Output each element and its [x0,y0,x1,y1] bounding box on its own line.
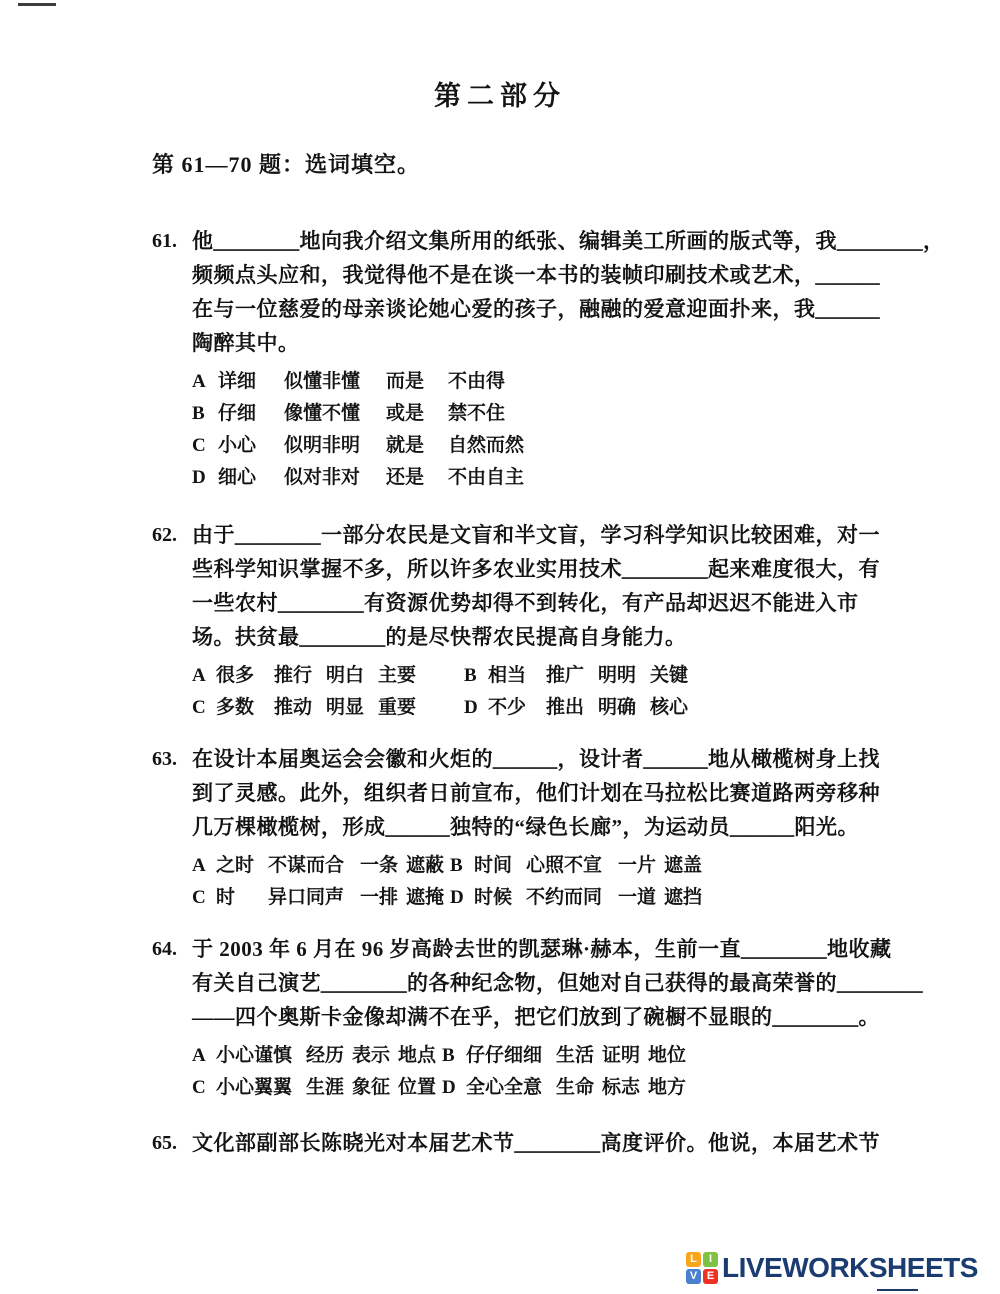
option-label: C [192,1072,216,1104]
option-item: 似对非对 [284,462,386,494]
option-item: 心照不宣 [526,850,618,882]
option-item: 生命 [556,1072,602,1104]
question-line: 几万棵橄榄树，形成＿＿＿独特的“绿色长廊”，为运动员＿＿＿阳光。 [192,810,900,844]
question-line: 场。扶贫最＿＿＿＿的是尽快帮农民提高自身能力。 [192,620,900,654]
option-group-d: D 全心全意 生命 标志 地方 [442,1072,923,1104]
option-row-cd: C 多数 推动 明显 重要 D 不少 推出 明确 核心 [192,692,900,724]
question-line: 到了灵感。此外，组织者日前宣布，他们计划在马拉松比赛道路两旁移种 [192,776,900,810]
option-item: 位置 [398,1072,442,1104]
question-line: 有关自己演艺＿＿＿＿的各种纪念物，但她对自己获得的最高荣誉的＿＿＿＿ [192,966,923,1000]
option-group-c: C 小心翼翼 生涯 象征 位置 [192,1072,442,1104]
question-line: 于 2003 年 6 月在 96 岁高龄去世的凯瑟琳·赫本，生前一直＿＿＿＿地收… [192,932,923,966]
question-line: 陶醉其中。 [192,326,945,360]
question-line: 些科学知识掌握不多，所以许多农业实用技术＿＿＿＿起来难度很大，有 [192,552,900,586]
question-62: 62. 由于＿＿＿＿一部分农民是文盲和半文盲，学习科学知识比较困难，对一 些科学… [152,518,900,724]
option-item: 细心 [218,462,284,494]
question-line: ——四个奥斯卡金像却满不在乎，把它们放到了碗橱不显眼的＿＿＿＿。 [192,1000,923,1034]
option-item: 地点 [398,1040,442,1072]
option-item: 推行 [274,660,326,692]
option-label: D [192,462,218,494]
option-item: 全心全意 [466,1072,556,1104]
option-label: C [192,882,216,914]
option-item: 遮挡 [664,882,900,914]
option-item: 自然而然 [448,430,945,462]
option-label: B [442,1040,466,1072]
option-item: 像懂不懂 [284,398,386,430]
question-line: 他＿＿＿＿地向我介绍文集所用的纸张、编辑美工所画的版式等，我＿＿＿＿， [192,224,945,258]
option-group-a: A 很多 推行 明白 主要 [192,660,464,692]
option-label: A [192,1040,216,1072]
option-group-b: B 仔仔细细 生活 证明 地位 [442,1040,923,1072]
option-row-cd: C 时 异口同声 一排 遮掩 D 时候 不约而同 一道 遮挡 [192,882,900,914]
option-item: 生涯 [306,1072,352,1104]
option-item: 象征 [352,1072,398,1104]
option-item: 仔仔细细 [466,1040,556,1072]
option-label: B [464,660,488,692]
option-group-d: D 时候 不约而同 一道 遮挡 [450,882,900,914]
page-title: 第二部分 [0,78,1000,114]
option-item: 不约而同 [526,882,618,914]
option-item: 时候 [474,882,526,914]
option-item: 关键 [650,660,900,692]
option-item: 表示 [352,1040,398,1072]
question-line: 在与一位慈爱的母亲谈论她心爱的孩子，融融的爱意迎面扑来，我＿＿＿ [192,292,945,326]
option-item: 禁不住 [448,398,945,430]
option-label: D [464,692,488,724]
logo-tile-v: V [686,1269,701,1284]
option-item: 明白 [326,660,378,692]
logo-tile-i: I [703,1252,718,1267]
liveworksheets-logo-icon: L I V E [686,1252,718,1284]
scan-artifact-line-bottom [877,1289,918,1291]
option-item: 遮掩 [406,882,450,914]
option-item: 地位 [648,1040,923,1072]
option-item: 不谋而合 [268,850,360,882]
option-item: 时间 [474,850,526,882]
option-row-ab: A 之时 不谋而合 一条 遮蔽 B 时间 心照不宣 一片 遮盖 [192,850,900,882]
option-group-a: A 之时 不谋而合 一条 遮蔽 [192,850,450,882]
option-row-cd: C 小心翼翼 生涯 象征 位置 D 全心全意 生命 标志 地方 [192,1072,923,1104]
option-item: 异口同声 [268,882,360,914]
question-number: 64. [152,932,192,1104]
option-row-b: B 仔细 像懂不懂 或是 禁不住 [192,398,945,430]
option-group-c: C 时 异口同声 一排 遮掩 [192,882,450,914]
question-number: 65. [152,1126,192,1160]
option-group-a: A 小心谨慎 经历 表示 地点 [192,1040,442,1072]
question-line: 一些农村＿＿＿＿有资源优势却得不到转化，有产品却迟迟不能进入市 [192,586,900,620]
option-label: D [450,882,474,914]
option-group-b: B 时间 心照不宣 一片 遮盖 [450,850,900,882]
option-item: 很多 [216,660,274,692]
option-item: 似明非明 [284,430,386,462]
options-62: A 很多 推行 明白 主要 B 相当 推广 明明 关键 [192,660,900,724]
option-label: A [192,660,216,692]
option-item: 时 [216,882,268,914]
option-item: 地方 [648,1072,923,1104]
scan-artifact-line-top [18,3,56,6]
option-item: 一道 [618,882,664,914]
option-item: 推广 [546,660,598,692]
option-item: 多数 [216,692,274,724]
option-item: 小心翼翼 [216,1072,306,1104]
question-61: 61. 他＿＿＿＿地向我介绍文集所用的纸张、编辑美工所画的版式等，我＿＿＿＿， … [152,224,900,494]
option-item: 一条 [360,850,406,882]
option-item: 小心 [218,430,284,462]
question-line: 由于＿＿＿＿一部分农民是文盲和半文盲，学习科学知识比较困难，对一 [192,518,900,552]
option-item: 遮蔽 [406,850,450,882]
option-item: 一排 [360,882,406,914]
option-item: 或是 [386,398,448,430]
option-item: 就是 [386,430,448,462]
option-item: 小心谨慎 [216,1040,306,1072]
logo-tile-l: L [686,1252,701,1267]
option-item: 主要 [378,660,464,692]
option-item: 明显 [326,692,378,724]
question-number: 62. [152,518,192,724]
logo-tile-e: E [703,1269,718,1284]
question-line: 在设计本届奥运会会徽和火炬的＿＿＿，设计者＿＿＿地从橄榄树身上找 [192,742,900,776]
option-label: D [442,1072,466,1104]
option-item: 还是 [386,462,448,494]
option-item: 而是 [386,366,448,398]
option-item: 相当 [488,660,546,692]
option-item: 经历 [306,1040,352,1072]
question-64: 64. 于 2003 年 6 月在 96 岁高龄去世的凯瑟琳·赫本，生前一直＿＿… [152,932,900,1104]
option-item: 不由自主 [448,462,945,494]
option-item: 标志 [602,1072,648,1104]
option-group-b: B 相当 推广 明明 关键 [464,660,900,692]
option-item: 详细 [218,366,284,398]
option-item: 遮盖 [664,850,900,882]
liveworksheets-wordmark: LIVEWORKSHEETS [722,1252,978,1284]
option-label: A [192,366,218,398]
section-heading: 第 61—70 题：选词填空。 [152,148,900,182]
option-item: 推出 [546,692,598,724]
question-number: 63. [152,742,192,914]
option-row-ab: A 很多 推行 明白 主要 B 相当 推广 明明 关键 [192,660,900,692]
liveworksheets-logo[interactable]: L I V E LIVEWORKSHEETS [686,1252,978,1284]
option-row-ab: A 小心谨慎 经历 表示 地点 B 仔仔细细 生活 证明 地位 [192,1040,923,1072]
option-item: 核心 [650,692,900,724]
option-item: 似懂非懂 [284,366,386,398]
question-number: 61. [152,224,192,494]
question-line: 文化部副部长陈晓光对本届艺术节＿＿＿＿高度评价。他说，本届艺术节 [192,1126,900,1160]
option-item: 不少 [488,692,546,724]
option-row-d: D 细心 似对非对 还是 不由自主 [192,462,945,494]
option-item: 不由得 [448,366,945,398]
question-65: 65. 文化部副部长陈晓光对本届艺术节＿＿＿＿高度评价。他说，本届艺术节 [152,1126,900,1160]
options-63: A 之时 不谋而合 一条 遮蔽 B 时间 心照不宣 一片 遮盖 [192,850,900,914]
options-64: A 小心谨慎 经历 表示 地点 B 仔仔细细 生活 证明 地位 [192,1040,923,1104]
option-label: C [192,430,218,462]
option-item: 明确 [598,692,650,724]
option-row-c: C 小心 似明非明 就是 自然而然 [192,430,945,462]
option-item: 重要 [378,692,464,724]
option-item: 明明 [598,660,650,692]
option-label: A [192,850,216,882]
question-63: 63. 在设计本届奥运会会徽和火炬的＿＿＿，设计者＿＿＿地从橄榄树身上找 到了灵… [152,742,900,914]
worksheet-page: 第二部分 第 61—70 题：选词填空。 61. 他＿＿＿＿地向我介绍文集所用的… [0,78,1000,1160]
option-group-d: D 不少 推出 明确 核心 [464,692,900,724]
option-item: 推动 [274,692,326,724]
option-label: B [192,398,218,430]
option-group-c: C 多数 推动 明显 重要 [192,692,464,724]
options-61: A 详细 似懂非懂 而是 不由得 B 仔细 像懂不懂 或是 禁不住 C 小心 似… [192,366,945,494]
option-label: B [450,850,474,882]
option-row-a: A 详细 似懂非懂 而是 不由得 [192,366,945,398]
option-item: 之时 [216,850,268,882]
option-label: C [192,692,216,724]
question-line: 频频点头应和，我觉得他不是在谈一本书的装帧印刷技术或艺术，＿＿＿ [192,258,945,292]
option-item: 一片 [618,850,664,882]
option-item: 生活 [556,1040,602,1072]
option-item: 仔细 [218,398,284,430]
option-item: 证明 [602,1040,648,1072]
